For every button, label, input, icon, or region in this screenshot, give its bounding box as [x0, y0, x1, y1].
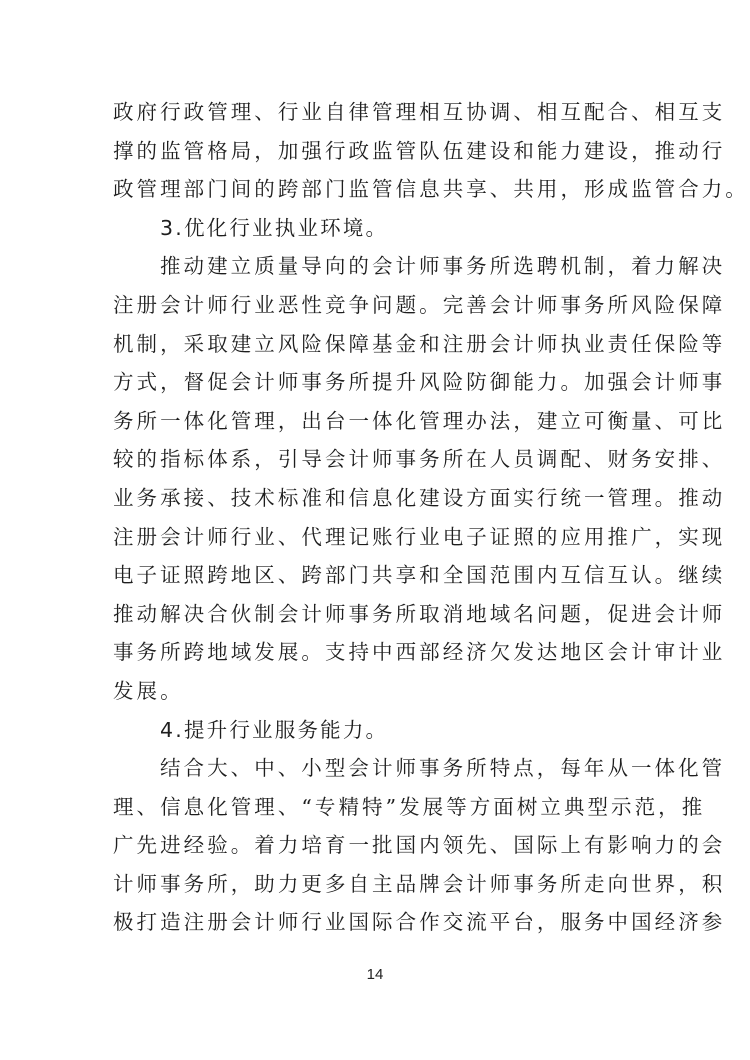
text-line: 业务承接、技术标准和信息化建设方面实行统一管理。推动 — [113, 479, 637, 518]
text-line: 撑的监管格局，加强行政监管队伍建设和能力建设，推动行 — [113, 132, 637, 171]
text-line: 机制，采取建立风险保障基金和注册会计师执业责任保险等 — [113, 325, 637, 364]
text-line: 政府行政管理、行业自律管理相互协调、相互配合、相互支 — [113, 93, 637, 132]
text-line: 推动解决合伙制会计师事务所取消地域名问题，促进会计师 — [113, 595, 637, 634]
text-line: 计师事务所，助力更多自主品牌会计师事务所走向世界，积 — [113, 865, 637, 904]
text-line: 较的指标体系，引导会计师事务所在人员调配、财务安排、 — [113, 440, 637, 479]
text-line: 注册会计师行业、代理记账行业电子证照的应用推广，实现 — [113, 518, 637, 557]
text-line: 理、信息化管理、“专精特”发展等方面树立典型示范，推 — [113, 788, 637, 827]
document-page: 政府行政管理、行业自律管理相互协调、相互配合、相互支 撑的监管格局，加强行政监管… — [0, 0, 750, 1060]
paragraph-start: 推动建立质量导向的会计师事务所选聘机制，着力解决 — [113, 247, 637, 286]
text-line: 极打造注册会计师行业国际合作交流平台，服务中国经济参 — [113, 903, 637, 942]
page-number: 14 — [0, 966, 750, 983]
text-line: 务所一体化管理，出台一体化管理办法，建立可衡量、可比 — [113, 402, 637, 441]
text-line: 电子证照跨地区、跨部门共享和全国范围内互信互认。继续 — [113, 556, 637, 595]
section-heading-4: 4.提升行业服务能力。 — [113, 711, 637, 750]
text-line: 事务所跨地域发展。支持中西部经济欠发达地区会计审计业 — [113, 633, 637, 672]
section-heading-3: 3.优化行业执业环境。 — [113, 209, 637, 248]
text-line: 方式，督促会计师事务所提升风险防御能力。加强会计师事 — [113, 363, 637, 402]
text-line: 政管理部门间的跨部门监管信息共享、共用，形成监管合力。 — [113, 170, 637, 209]
paragraph-start: 结合大、中、小型会计师事务所特点，每年从一体化管 — [113, 749, 637, 788]
text-line: 发展。 — [113, 672, 637, 711]
page-body-text: 政府行政管理、行业自律管理相互协调、相互配合、相互支 撑的监管格局，加强行政监管… — [113, 93, 637, 942]
text-line: 注册会计师行业恶性竞争问题。完善会计师事务所风险保障 — [113, 286, 637, 325]
text-line: 广先进经验。着力培育一批国内领先、国际上有影响力的会 — [113, 826, 637, 865]
